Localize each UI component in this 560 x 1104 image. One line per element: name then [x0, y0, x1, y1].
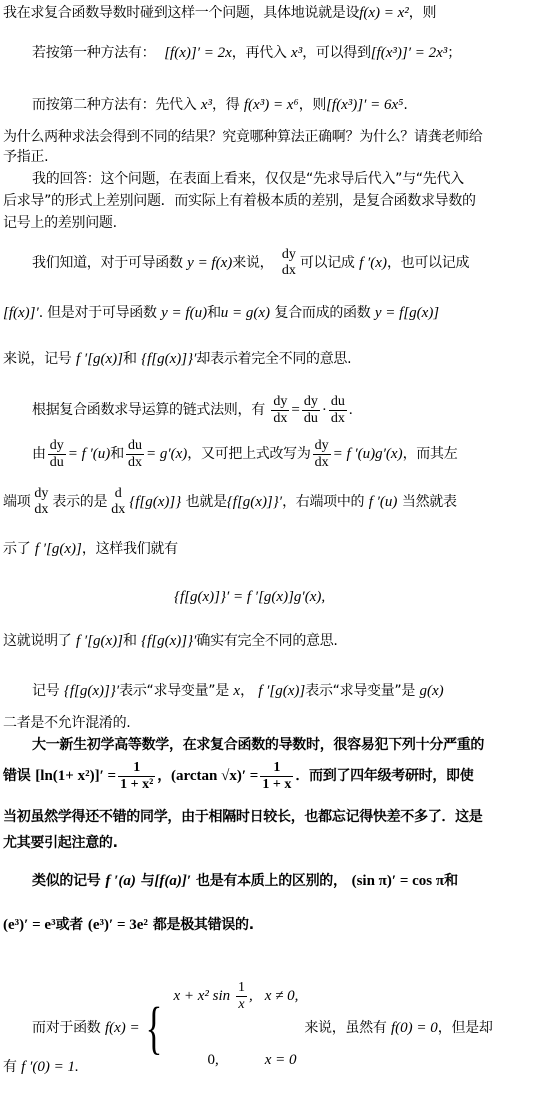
text: 和: [123, 351, 137, 367]
text: ；: [447, 45, 461, 61]
text: 后求导”的形式上差别问题．而实际上有着极本质的差别，是复合函数求导数的: [3, 193, 476, 209]
fraction: dydx: [271, 394, 289, 427]
denominator: 1 + x²: [118, 776, 155, 793]
text: 来说，虽然有: [304, 1020, 386, 1036]
math-expression: {f[g(x)]}′: [141, 633, 196, 649]
math-expression: f ′(0) = 1.: [21, 1059, 79, 1075]
math-expression: f(x) = x²: [359, 5, 409, 21]
math-expression: f(x³) = x⁶: [244, 97, 299, 113]
text: 或者: [56, 917, 83, 933]
similar-line-1: 类似的记号 f ′(a) 与[f(a)]′ 也是有本质上的区别的， (sin π…: [32, 872, 458, 890]
case-expression: x + x² sin: [173, 988, 230, 1004]
denominator: dx: [271, 410, 289, 427]
text: 复合而成的函数: [275, 305, 371, 321]
method-one-line: 若按第一种方法有： [f(x)]′ = 2x，再代入 x³，可以得到[f(x³)…: [32, 44, 461, 62]
answer-line-1: 我的回答：这个问题，在表面上看来，仅仅是“先求导后代入”与“先代入: [32, 170, 464, 188]
composite-line: [f(x)]′. 但是对于可导函数 y = f(u)和u = g(x) 复合而成…: [3, 304, 439, 322]
numerator: d: [109, 486, 127, 502]
numerator: 1: [118, 760, 155, 776]
text: ，可以得到: [302, 45, 371, 61]
warning-line-4: 尤其要引起注意的.: [3, 834, 118, 852]
math-expression: f ′(x): [359, 255, 387, 271]
notation-meaning-line: 来说，记号 f ′[g(x)]和 {f[g(x)]}′却表示着完全不同的意思.: [3, 350, 351, 368]
text: 示了: [3, 541, 30, 557]
warning-line-2: 错误 [ln(1+ x²)]′ =11 + x²，(arctan √x)′ =1…: [3, 758, 473, 794]
numerator: dy: [271, 394, 289, 410]
left-brace: {: [145, 999, 162, 1057]
text: 有: [3, 1059, 17, 1075]
case-expression: 0,: [167, 1028, 258, 1092]
text: 为什么两种求法会得到不同的结果？究竟哪种算法正确啊？为什么？请龚老师给: [3, 129, 483, 145]
text: 我的回答：这个问题，在表面上看来，仅仅是“先求导后代入”与“先代入: [32, 171, 464, 187]
left-right-terms-line: 端项dydx表示的是ddx{f[g(x)]} 也就是{f[g(x)]}′，右端项…: [3, 484, 457, 520]
denominator: dx: [126, 454, 144, 471]
shows-line: 示了 f ′[g(x)]，这样我们就有: [3, 540, 178, 558]
piecewise-line: 而对于函数 f(x) ={ x + x² sin 1x,x ≠ 0, 0,x =…: [32, 964, 493, 1092]
text: 若按第一种方法有：: [32, 45, 155, 61]
text: 我们知道，对于可导函数: [32, 255, 183, 271]
fraction: dydx: [313, 438, 331, 471]
text: 和: [123, 633, 137, 649]
text: ，而其左: [403, 446, 458, 462]
math-expression: f ′(a): [105, 873, 135, 889]
math-expression: [ln(1+ x²)]′ =: [35, 768, 116, 784]
math-expression: [f(a)]′: [154, 873, 191, 889]
math-expression: {f[g(x)]}′ = f ′[g(x)]g′(x),: [174, 589, 325, 605]
text: 我在求复合函数导数时碰到这样一个问题，具体地说就是设: [3, 5, 359, 21]
answer-line-3: 记号上的差别问题.: [3, 214, 117, 232]
math-expression: f ′(u): [369, 494, 398, 510]
math-expression: {f[g(x)]}′: [227, 494, 282, 510]
math-expression: g(x): [420, 683, 444, 699]
fraction: dydu: [302, 394, 320, 427]
text: 都是极其错误的.: [153, 917, 254, 933]
text: 而按第二种方法有：先代入: [32, 97, 196, 113]
chain-rewrite-line: 由dydu= f ′(u)和dudx= g′(x)，又可把上式改写为dydx= …: [32, 436, 457, 472]
text: ，: [157, 768, 171, 784]
math-expression: (sin π)′ = cos π: [352, 873, 445, 889]
variable-note-line-2: 二者是不允许混淆的.: [3, 714, 130, 732]
math-expression: {f[g(x)]}′: [64, 683, 119, 699]
text: 二者是不允许混淆的.: [3, 715, 130, 731]
key-formula: {f[g(x)]}′ = f ′[g(x)]g′(x),: [174, 588, 325, 606]
text: ，: [240, 683, 254, 699]
warning-line-1: 大一新生初学高等数学，在求复合函数的导数时，很容易犯下列十分严重的: [32, 736, 484, 754]
math-expression: = f ′(u)g′(x): [333, 446, 403, 462]
math-expression: f ′[g(x)]: [76, 351, 123, 367]
text: 表示的是: [52, 494, 107, 510]
text: ，这样我们就有: [82, 541, 178, 557]
text: ，再代入: [232, 45, 287, 61]
final-line: 有 f ′(0) = 1.: [3, 1058, 79, 1076]
text: 大一新生初学高等数学，在求复合函数的导数时，很容易犯下列十分严重的: [32, 737, 484, 753]
answer-line-2: 后求导”的形式上差别问题．而实际上有着极本质的差别，是复合函数求导数的: [3, 192, 476, 210]
text: ，也可以记成: [387, 255, 469, 271]
text: 而对于函数: [32, 1020, 101, 1036]
text: 记号上的差别问题.: [3, 215, 117, 231]
math-expression: y = f(u): [161, 305, 207, 321]
denominator: dx: [109, 502, 127, 518]
numerator: 1: [260, 760, 293, 776]
text: 和: [444, 873, 458, 889]
text: ，右端项中的: [282, 494, 364, 510]
text: 当初虽然学得还不错的同学，由于相隔时日较长，也都忘记得快差不多了．这是: [3, 809, 483, 825]
math-expression: [f(x)]′ = 2x: [164, 45, 232, 61]
denominator: dx: [32, 502, 50, 518]
denominator: dx: [313, 454, 331, 471]
numerator: du: [329, 394, 347, 410]
math-expression: [f(x)]′: [3, 305, 39, 321]
numerator: dy: [32, 486, 50, 502]
text: .: [403, 97, 407, 113]
text: 错误: [3, 768, 30, 784]
text: 记号: [32, 683, 59, 699]
fraction: dydx: [280, 247, 298, 279]
question-line-2: 予指正.: [3, 148, 48, 166]
question-line-1: 为什么两种求法会得到不同的结果？究竟哪种算法正确啊？为什么？请龚老师给: [3, 128, 483, 146]
math-expression: {f[g(x)]}: [129, 494, 181, 510]
chain-rule-line: 根据复合函数求导运算的链式法则，有 dydx=dydu·dudx.: [32, 392, 353, 428]
text: . 但是对于可导函数: [39, 305, 157, 321]
text: 与: [141, 873, 155, 889]
fraction: dydu: [48, 438, 66, 471]
text: 表示“求导变量”是: [305, 683, 415, 699]
text: 也就是: [186, 494, 227, 510]
text: 这就说明了: [3, 633, 72, 649]
conclusion-line: 这就说明了 f ′[g(x)]和 {f[g(x)]}′确实有完全不同的意思.: [3, 632, 338, 650]
denominator: dx: [280, 263, 298, 279]
math-expression: y = f(x): [187, 255, 232, 271]
method-two-line: 而按第二种方法有：先代入 x³，得 f(x³) = x⁶，则[f(x³)]′ =…: [32, 96, 408, 114]
numerator: dy: [313, 438, 331, 454]
math-expression: (e³)′ = e³: [3, 917, 56, 933]
text: 由: [32, 446, 46, 462]
fraction: 1x: [236, 980, 247, 1013]
text: 来说，记号: [3, 351, 72, 367]
fraction: dydx: [32, 486, 50, 518]
text: 表示“求导变量”是: [119, 683, 229, 699]
variable-note-line: 记号 {f[g(x)]}′表示“求导变量”是 x， f ′[g(x)]表示“求导…: [32, 682, 444, 700]
fraction: ddx: [109, 486, 127, 518]
text: ．而到了四年级考研时，即使: [295, 768, 473, 784]
denominator: du: [48, 454, 66, 471]
numerator: dy: [302, 394, 320, 410]
text: 却表示着完全不同的意思.: [196, 351, 351, 367]
text: 当然就表: [402, 494, 457, 510]
fraction: 11 + x: [260, 760, 293, 793]
math-expression: {f[g(x)]}′: [141, 351, 196, 367]
math-expression: f(0) = 0: [391, 1020, 438, 1036]
fraction: dudx: [126, 438, 144, 471]
text: 类似的记号: [32, 873, 101, 889]
intro-line-1: 我在求复合函数导数时碰到这样一个问题，具体地说就是设f(x) = x²，则: [3, 4, 436, 22]
text: ，得: [212, 97, 239, 113]
math-expression: f ′[g(x)]: [258, 683, 305, 699]
text: ，但是却: [438, 1020, 493, 1036]
math-expression: y = f[g(x)]: [375, 305, 439, 321]
warning-line-3: 当初虽然学得还不错的同学，由于相隔时日较长，也都忘记得快差不多了．这是: [3, 808, 483, 826]
fraction: dudx: [329, 394, 347, 427]
text: ，则: [299, 97, 326, 113]
math-expression: x³: [291, 45, 302, 61]
text: 端项: [3, 494, 30, 510]
math-expression: [f(x³)]′ = 6x⁵: [326, 97, 403, 113]
math-expression: [f(x³)]′ = 2x³: [371, 45, 448, 61]
text: 和: [207, 305, 221, 321]
math-expression: u = g(x): [221, 305, 270, 321]
text: 和: [110, 446, 124, 462]
numerator: du: [126, 438, 144, 454]
math-expression: f ′[g(x)]: [76, 633, 123, 649]
case-condition: x ≠ 0,: [259, 964, 305, 1028]
math-expression: f ′[g(x)]: [35, 541, 82, 557]
derivative-notation-line: 我们知道，对于可导函数 y = f(x)来说， dydx可以记成 f ′(x)，…: [32, 245, 469, 281]
numerator: dy: [280, 247, 298, 263]
denominator: du: [302, 410, 320, 427]
denominator: dx: [329, 410, 347, 427]
text: 可以记成: [300, 255, 355, 271]
text: 予指正.: [3, 149, 48, 165]
text: 来说，: [232, 255, 273, 271]
math-expression: x³: [201, 97, 212, 113]
piecewise-cases: x + x² sin 1x,x ≠ 0, 0,x = 0: [167, 964, 304, 1092]
text: 确实有完全不同的意思.: [196, 633, 337, 649]
math-expression: = g′(x): [146, 446, 187, 462]
fraction: 11 + x²: [118, 760, 155, 793]
math-expression: f(x) =: [105, 1020, 140, 1036]
numerator: 1: [236, 980, 247, 996]
math-expression: (arctan √x)′ =: [171, 768, 258, 784]
similar-line-2: (e³)′ = e³或者 (e³)′ = 3e² 都是极其错误的.: [3, 916, 254, 934]
denominator: x: [236, 996, 247, 1013]
text: ，又可把上式改写为: [187, 446, 310, 462]
denominator: 1 + x: [260, 776, 293, 793]
math-expression: (e³)′ = 3e²: [88, 917, 148, 933]
text: ，则: [409, 5, 436, 21]
math-expression: = f ′(u): [68, 446, 111, 462]
text: 根据复合函数求导运算的链式法则，有: [32, 402, 265, 418]
text: 也是有本质上的区别的，: [196, 873, 347, 889]
case-condition: x = 0: [259, 1028, 305, 1092]
numerator: dy: [48, 438, 66, 454]
text: 尤其要引起注意的.: [3, 835, 118, 851]
